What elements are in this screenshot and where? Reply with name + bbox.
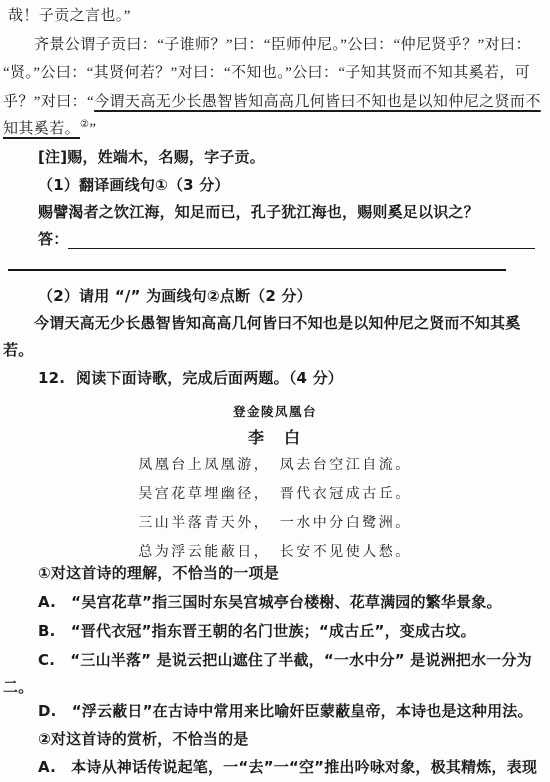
q12-heading: 12. 阅读下面诗歌，完成后面两题。（4 分） — [38, 368, 343, 388]
answer-label: 答： — [38, 228, 68, 249]
q1-sentence: 赐譬渴者之饮江海，知足而已，孔子犹江海也，赐则奚足以识之？ — [38, 202, 479, 222]
q12-1-option-c-line-2: 二。 — [3, 677, 33, 697]
passage-line-4-prefix: 乎？”对曰：“ — [3, 94, 94, 110]
q12-1-stem: ①对这首诗的理解，不恰当的一项是 — [38, 563, 279, 583]
q12-1-option-b: B. “晋代衣冠”指东晋王朝的名门世族；“成古丘”，变成古坟。 — [38, 621, 476, 641]
q12-1-option-a: A. “吴宫花草”指三国时东吴宫城亭台楼榭、花草满园的繁华景象。 — [38, 592, 502, 612]
q12-1-option-c-line-1: C. “三山半落” 是说云把山遮住了半截，“一水中分” 是说洲把水一分为 — [38, 650, 532, 670]
q1-answer-row: 答： — [38, 228, 535, 249]
passage-line-4: 乎？”对曰：“今谓天高无少长愚智皆知高高几何皆曰不知也是以知仲尼之贤而不 — [3, 92, 541, 112]
answer-blank-line — [68, 230, 535, 249]
q1-heading: （1）翻译画线句①（3 分） — [38, 175, 230, 195]
footnote-marker-2: ② — [80, 119, 89, 130]
poem-title: 登金陵凤凰台 — [0, 402, 550, 422]
exam-page: 哉！子贡之言也。” 齐景公谓子贡曰：“子谁师？”曰：“臣师仲尼。”公曰：“仲尼贤… — [0, 0, 550, 782]
underlined-clause-part-2: 知其奚若。 — [3, 121, 80, 137]
q2-sentence-line-1: 今谓天高无少长愚智皆知高高几何皆曰不知也是以知仲尼之贤而不知其奚 — [34, 313, 520, 333]
poem-line-3: 三山半落青天外， 一水中分白鹭洲。 — [0, 514, 550, 534]
passage-line-3: “贤。”公曰：“其贤何若？”对曰：“不知也。”公曰：“子知其贤而不知其奚若，可 — [3, 63, 530, 83]
q2-heading: （2）请用 “/” 为画线句②点断（2 分） — [38, 286, 312, 306]
q12-2-option-a: A. 本诗从神话传说起笔，一“去”一“空”推出吟咏对象，极其精炼，表现 — [38, 757, 537, 777]
note-line: [注]赐，姓端木，名赐，字子贡。 — [38, 147, 265, 167]
poem-line-4: 总为浮云能蔽日， 长安不见使人愁。 — [0, 543, 550, 563]
passage-line-1: 哉！子贡之言也。” — [8, 6, 131, 26]
section-divider — [8, 269, 506, 271]
q12-2-stem: ②对这首诗的赏析，不恰当的是 — [38, 729, 249, 749]
poem-line-2: 吴宫花草埋幽径， 晋代衣冠成古丘。 — [0, 485, 550, 505]
q2-sentence-line-2: 若。 — [3, 340, 33, 360]
underlined-clause-part-1: 今谓天高无少长愚智皆知高高几何皆曰不知也是以知仲尼之贤而不 — [94, 94, 541, 110]
poem-author: 李 白 — [0, 428, 550, 448]
closing-quote: ” — [89, 121, 96, 137]
passage-line-2: 齐景公谓子贡曰：“子谁师？”曰：“臣师仲尼。”公曰：“仲尼贤乎？”对曰： — [34, 35, 531, 55]
passage-line-5: 知其奚若。②” — [3, 119, 96, 139]
poem-line-1: 凤凰台上凤凰游， 凤去台空江自流。 — [0, 456, 550, 476]
q12-1-option-d: D. “浮云蔽日”在古诗中常用来比喻奸臣蒙蔽皇帝，本诗也是这种用法。 — [38, 701, 533, 721]
